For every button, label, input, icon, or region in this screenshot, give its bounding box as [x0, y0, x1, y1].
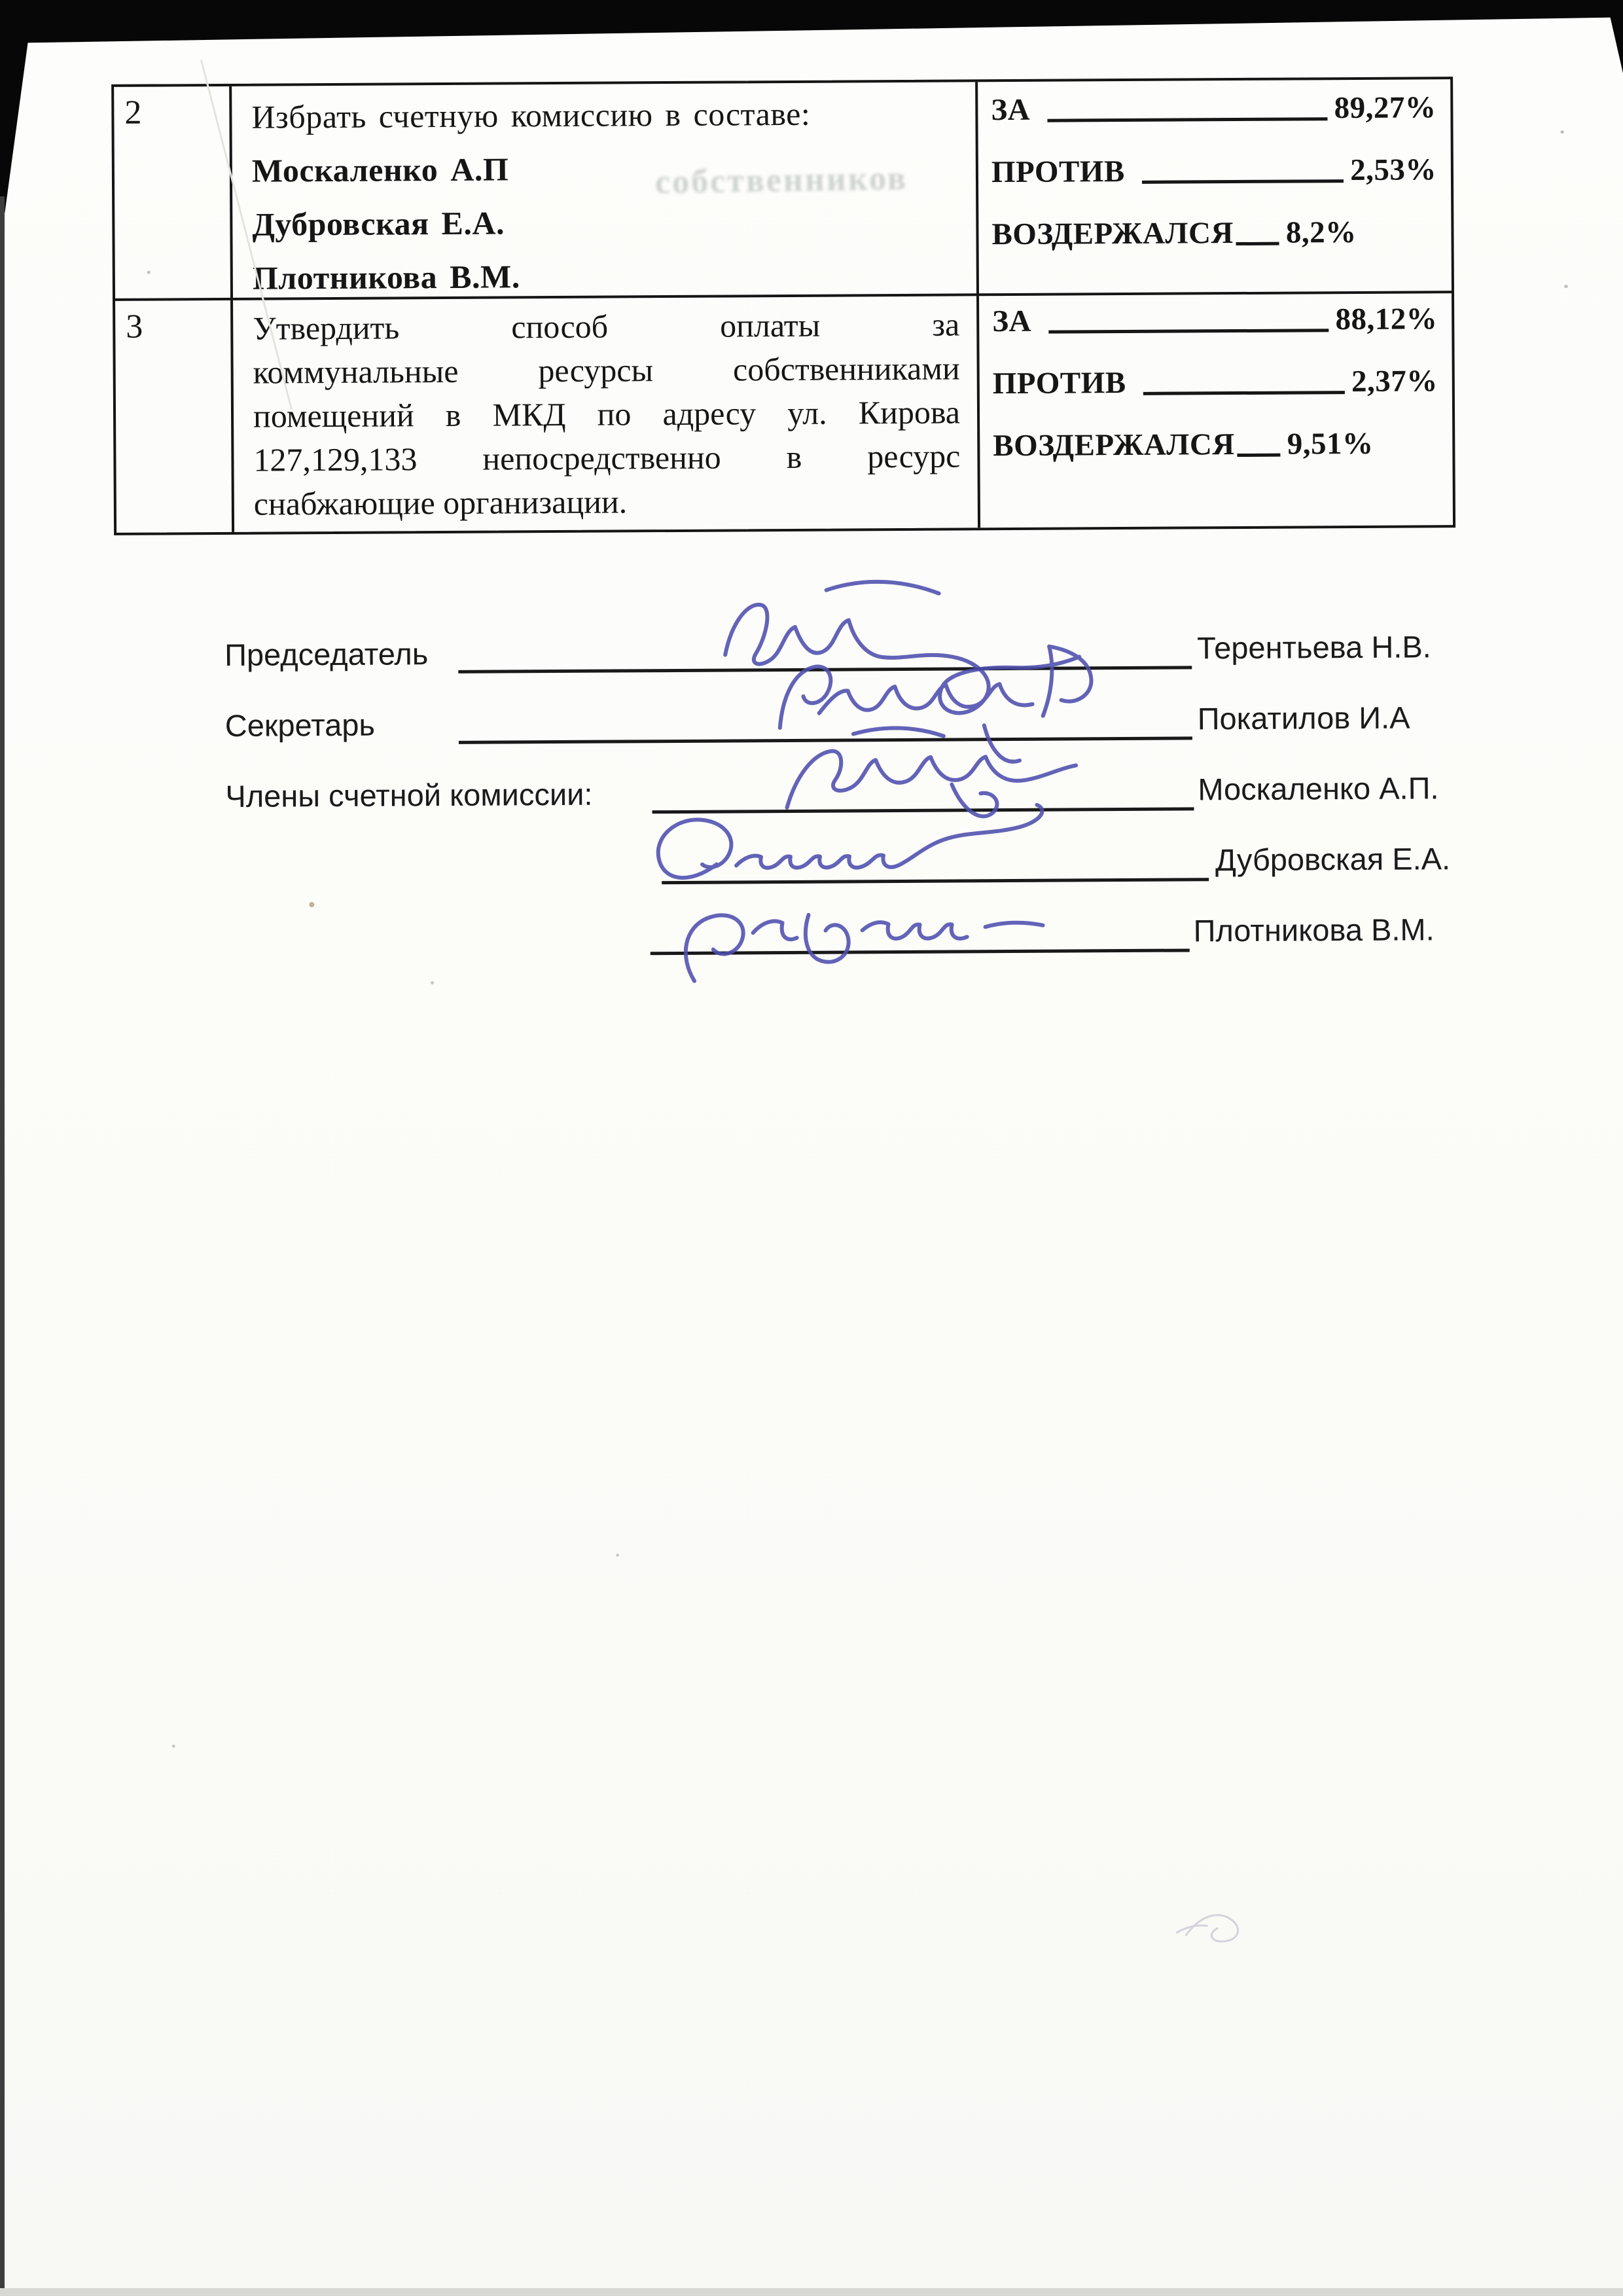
agenda-justified-line: 127,129,133 непосредственно в ресурс — [253, 437, 960, 484]
paper-speck — [147, 271, 151, 274]
agenda-last-line: снабжающие организации. — [254, 480, 961, 528]
result-line-vozderzhalsya: ВОЗДЕРЖАЛСЯ 9,51% — [993, 422, 1438, 463]
row-number: 3 — [126, 308, 143, 346]
row-number: 2 — [124, 94, 141, 132]
result-line-za: ЗА 88,12% — [992, 297, 1437, 339]
result-value: 2,53% — [1350, 152, 1436, 188]
bleed-through-text: собственников — [655, 159, 908, 202]
word: ул. — [787, 394, 827, 432]
word: собственниками — [733, 349, 960, 388]
table-row3-agenda: Утвердить способ оплаты за коммунальные … — [233, 296, 980, 532]
word: адресу — [662, 394, 756, 433]
underline-fill — [1142, 179, 1344, 184]
signature-moskalenko-flourish — [853, 727, 997, 817]
scanner-edge-bottom — [0, 2288, 1623, 2296]
agenda-justified-line: Утвердить способ оплаты за — [253, 305, 959, 353]
result-line-vozderzhalsya: ВОЗДЕРЖАЛСЯ 8,2% — [991, 210, 1436, 252]
result-value: 88,12% — [1335, 301, 1437, 337]
signature-terentyeva-flourish — [827, 581, 939, 594]
word: в — [446, 396, 461, 434]
word: по — [597, 395, 631, 433]
result-label: ЗА — [992, 304, 1031, 339]
scanned-document-page: 2 Избрать счетную комиссию в составе: Мо… — [0, 0, 1623, 2296]
agenda-justified-line: помещений в МКД по адресу ул. Кирова — [253, 393, 960, 440]
word: МКД — [492, 395, 565, 434]
underline-fill — [1238, 454, 1281, 457]
table-row3-number: 3 — [115, 300, 234, 533]
agenda-justified-line: коммунальные ресурсы собственниками — [253, 349, 960, 397]
result-line-protiv: ПРОТИВ 2,53% — [991, 148, 1436, 190]
document-content: 2 Избрать счетную комиссию в составе: Мо… — [0, 0, 1623, 2296]
result-label: ПРОТИВ — [993, 365, 1126, 401]
scanner-edge-left-strip — [0, 196, 5, 2296]
word: в — [786, 438, 802, 476]
word: непосредственно — [482, 439, 721, 478]
paper-speck — [172, 1744, 175, 1748]
signature-pokatilov-tail — [984, 646, 1092, 762]
word: Кирова — [859, 393, 961, 431]
word: снабжающие организации. — [254, 482, 628, 522]
result-value: 89,27% — [1334, 90, 1436, 126]
result-line-protiv: ПРОТИВ 2,37% — [993, 359, 1438, 401]
signature-moskalenko — [787, 749, 1076, 808]
paper-speck — [431, 981, 434, 984]
result-label: ПРОТИВ — [991, 154, 1125, 190]
result-line-za: ЗА 89,27% — [991, 86, 1436, 128]
table-row3-results: ЗА 88,12% ПРОТИВ 2,37% ВОЗДЕРЖАЛСЯ 9,51% — [979, 293, 1453, 528]
word: оплаты — [720, 306, 820, 345]
agenda-line: Плотникова В.М. — [253, 247, 959, 300]
result-value: 2,37% — [1351, 363, 1438, 399]
secretary-label: Секретарь — [225, 707, 375, 744]
chairman-label: Председатель — [224, 636, 428, 673]
word: 127,129,133 — [253, 440, 417, 478]
word: ресурс — [867, 437, 961, 475]
paper-speck — [309, 902, 314, 907]
counting-commission-label: Члены счетной комиссии: — [225, 776, 592, 814]
handwritten-signatures — [616, 554, 1260, 1016]
table-row2-results: ЗА 89,27% ПРОТИВ 2,53% ВОЗДЕРЖАЛСЯ 8,2% — [978, 79, 1452, 296]
agenda-line: Дубровская Е.А. — [252, 193, 959, 251]
word: способ — [511, 308, 608, 346]
word: ресурсы — [538, 351, 653, 389]
result-label: ВОЗДЕРЖАЛСЯ — [993, 427, 1235, 463]
result-value: 8,2% — [1286, 215, 1357, 251]
underline-fill — [1048, 329, 1329, 333]
agenda-line: Избрать счетную комиссию в составе: — [251, 86, 958, 143]
result-value: 9,51% — [1287, 426, 1374, 462]
paper-speck — [1561, 130, 1564, 134]
underline-fill — [1236, 242, 1279, 245]
signature-terentyeva — [725, 603, 1080, 714]
word: за — [932, 305, 959, 343]
underline-fill — [1143, 391, 1345, 395]
voting-table: 2 Избрать счетную комиссию в составе: Мо… — [111, 77, 1455, 535]
result-label: ВОЗДЕРЖАЛСЯ — [991, 215, 1234, 252]
ink-smudge — [1174, 1894, 1279, 1960]
signature-plotnikova — [686, 914, 1044, 981]
result-label: ЗА — [991, 92, 1030, 128]
underline-fill — [1047, 117, 1328, 122]
paper-speck — [616, 1553, 619, 1556]
paper-speck — [1564, 285, 1568, 288]
signature-pokatilov — [779, 666, 1033, 728]
word: помещений — [253, 396, 414, 435]
